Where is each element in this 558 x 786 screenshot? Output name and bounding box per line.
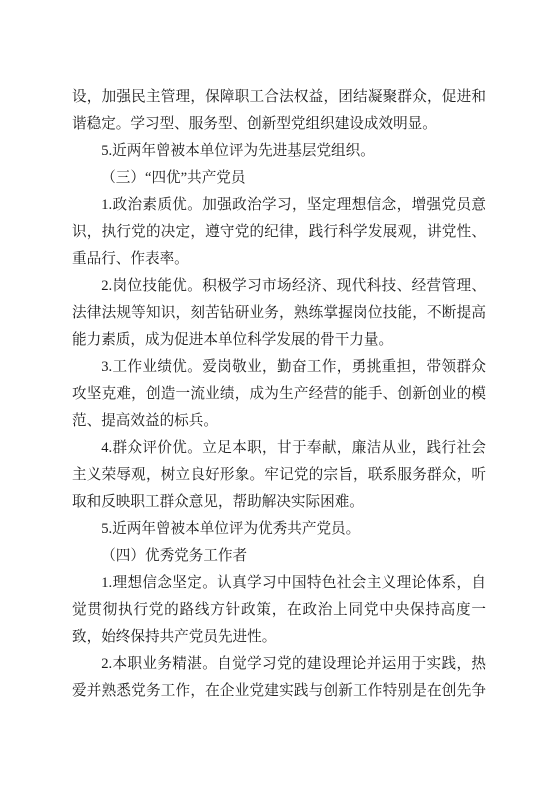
- document-paragraph: 2.岗位技能优。积极学习市场经济、现代科技、经营管理、法律法规等知识，刻苦钻研业…: [72, 273, 486, 354]
- document-paragraph: 5.近两年曾被本单位评为先进基层党组织。: [72, 138, 486, 165]
- document-paragraph: 3.工作业绩优。爱岗敬业，勤奋工作，勇挑重担，带领群众攻坚克难，创造一流业绩，成…: [72, 354, 486, 435]
- document-body: 设，加强民主管理，保障职工合法权益，团结凝聚群众，促进和谐稳定。学习型、服务型、…: [72, 84, 486, 705]
- section-heading: （三）“四优”共产党员: [72, 165, 486, 192]
- section-heading: （四）优秀党务工作者: [72, 543, 486, 570]
- document-paragraph: 2.本职业务精湛。自觉学习党的建设理论并运用于实践，热爱并熟悉党务工作，在企业党…: [72, 651, 486, 705]
- document-paragraph: 5.近两年曾被本单位评为优秀共产党员。: [72, 516, 486, 543]
- document-page: 设，加强民主管理，保障职工合法权益，团结凝聚群众，促进和谐稳定。学习型、服务型、…: [0, 0, 558, 786]
- document-paragraph: 1.理想信念坚定。认真学习中国特色社会主义理论体系，自觉贯彻执行党的路线方针政策…: [72, 570, 486, 651]
- document-paragraph: 4.群众评价优。立足本职，甘于奉献，廉洁从业，践行社会主义荣辱观，树立良好形象。…: [72, 435, 486, 516]
- document-paragraph: 设，加强民主管理，保障职工合法权益，团结凝聚群众，促进和谐稳定。学习型、服务型、…: [72, 84, 486, 138]
- document-paragraph: 1.政治素质优。加强政治学习，坚定理想信念，增强党员意识，执行党的决定，遵守党的…: [72, 192, 486, 273]
